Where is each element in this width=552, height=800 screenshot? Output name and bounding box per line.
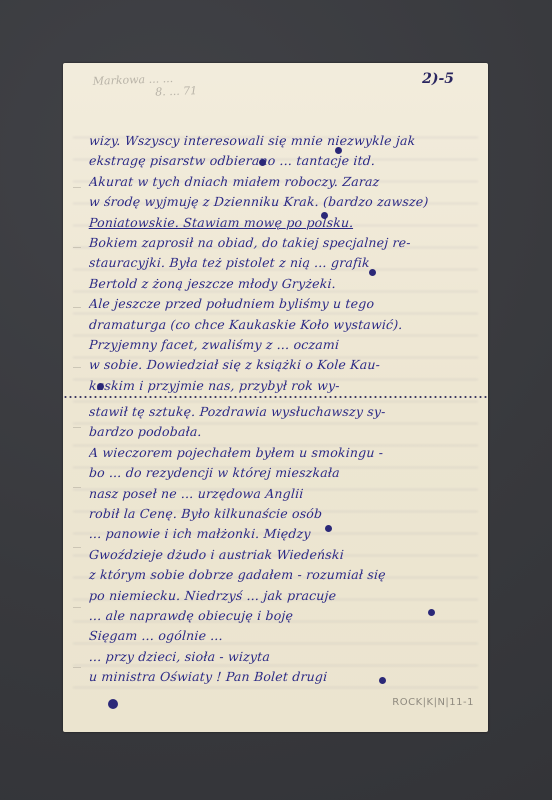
text-line: Bokiem zaprosił na obiad, do takiej spec… — [88, 233, 469, 253]
faint-pencil-header: Markowa ... ... 8. ... 71 — [93, 71, 198, 101]
text-line: Gwoździeje dżudo i austriak Wiedeński — [88, 545, 469, 565]
text-line-underlined: Poniatowskie. Stawiam mowę po polsku. — [88, 213, 469, 233]
ink-blot — [379, 677, 386, 684]
text-line: Akurat w tych dniach miałem roboczy. Zar… — [88, 172, 469, 192]
left-margin-marks — [73, 153, 81, 713]
ink-blot — [335, 147, 342, 154]
text-line: stauracyjki. Była też pistolet z nią ...… — [88, 253, 469, 273]
text-line: wizy. Wszyscy interesowali się mnie niez… — [88, 131, 469, 151]
ink-blot — [369, 269, 376, 276]
text-line: bardzo podobała. — [88, 422, 469, 442]
archival-stamp: ROCK|K|N|11-1 — [392, 697, 474, 708]
text-line: kaskim i przyjmie nas, przybył rok wy- — [88, 376, 469, 396]
ink-blot — [325, 525, 332, 532]
text-line: Przyjemny facet, zwaliśmy z ... oczami — [88, 335, 469, 355]
text-line: w sobie. Dowiedział się z książki o Kole… — [88, 355, 469, 375]
text-line: ... panowie i ich małżonki. Między — [88, 524, 469, 544]
text-line: w środę wyjmuję z Dzienniku Krak. (bardz… — [88, 192, 469, 212]
document-page: Markowa ... ... 8. ... 71 2)-5 wizy. Wsz… — [63, 63, 488, 732]
ink-blot — [428, 609, 435, 616]
text-line: z którym sobie dobrze gadałem - rozumiał… — [88, 565, 469, 585]
text-line: stawił tę sztukę. Pozdrawia wysłuchawszy… — [88, 402, 469, 422]
ink-blot — [259, 159, 266, 166]
text-line: robił la Cenę. Było kilkunaście osób — [88, 504, 469, 524]
ink-blot — [321, 212, 328, 219]
ink-blot — [108, 699, 118, 709]
handwritten-text: wizy. Wszyscy interesowali się mnie niez… — [89, 131, 469, 688]
text-line: u ministra Oświaty ! Pan Bolet drugi — [88, 667, 469, 687]
text-line: ekstragę pisarstw odbierano ... tantacje… — [88, 151, 469, 171]
text-line: bo ... do rezydencji w której mieszkała — [88, 463, 469, 483]
text-line: nasz poseł ne ... urzędowa Anglii — [88, 484, 469, 504]
text-line: ... przy dzieci, sioła - wizyta — [88, 647, 469, 667]
text-line: Bertold z żoną jeszcze młody Gryżeki. — [88, 274, 469, 294]
page-number: 2)-5 — [422, 71, 454, 87]
faint-header-date: 8. ... 71 — [155, 84, 197, 98]
perforation-line — [63, 396, 488, 398]
text-line: Ale jeszcze przed południem byliśmy u te… — [88, 294, 469, 314]
ink-blot — [97, 383, 104, 390]
text-line: ... ale naprawdę obiecuję i boję — [88, 606, 469, 626]
text-line: dramaturga (co chce Kaukaskie Koło wysta… — [88, 315, 469, 335]
text-line: Sięgam ... ogólnie ... — [88, 626, 469, 646]
text-line: A wieczorem pojechałem byłem u smokingu … — [88, 443, 469, 463]
text-line: po niemiecku. Niedrzyś ... jak pracuje — [88, 586, 469, 606]
